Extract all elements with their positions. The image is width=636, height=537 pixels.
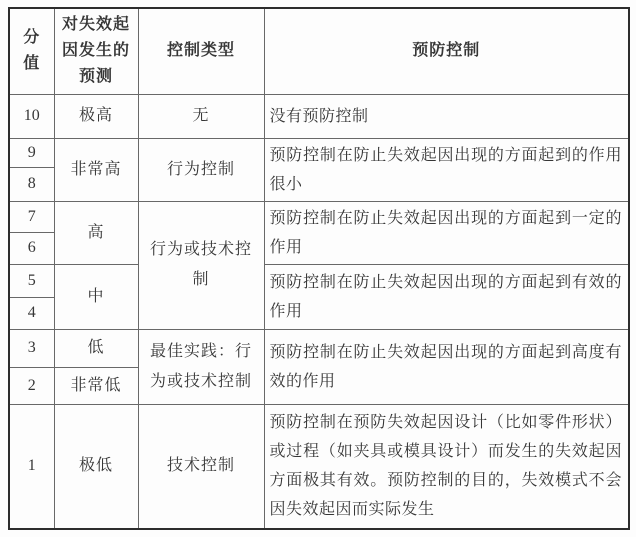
header-control-type: 控制类型 <box>138 8 264 94</box>
score-cell-9: 9 <box>9 138 54 167</box>
document-page: 分值 对失效起因发生的预测 控制类型 预防控制 10 极高 无 没有预防控制 9… <box>0 0 636 537</box>
score-cell-1: 1 <box>9 404 54 529</box>
prediction-cell: 极高 <box>54 94 138 138</box>
prediction-cell: 非常低 <box>54 367 138 404</box>
score-cell-5: 5 <box>9 264 54 297</box>
header-row: 分值 对失效起因发生的预测 控制类型 预防控制 <box>9 8 629 94</box>
score-cell-10: 10 <box>9 94 54 138</box>
score-cell-7: 7 <box>9 201 54 232</box>
prevention-cell: 预防控制在预防失效起因设计（比如零件形状）或过程（如夹具或模具设计）而发生的失效… <box>264 404 629 529</box>
score-cell-8: 8 <box>9 167 54 201</box>
score-cell-3: 3 <box>9 329 54 367</box>
prevention-cell: 预防控制在防止失效起因出现的方面起到高度有效的作用 <box>264 329 629 404</box>
header-score: 分值 <box>9 8 54 94</box>
control-type-cell: 无 <box>138 94 264 138</box>
table-row: 7 高 行为或技术控制 预防控制在防止失效起因出现的方面起到一定的作用 <box>9 201 629 232</box>
control-type-cell: 技术控制 <box>138 404 264 529</box>
prediction-cell: 中 <box>54 264 138 329</box>
prevention-cell: 没有预防控制 <box>264 94 629 138</box>
prediction-cell: 极低 <box>54 404 138 529</box>
table-row: 10 极高 无 没有预防控制 <box>9 94 629 138</box>
score-cell-4: 4 <box>9 297 54 329</box>
header-prediction: 对失效起因发生的预测 <box>54 8 138 94</box>
header-prevention: 预防控制 <box>264 8 629 94</box>
control-type-cell: 行为控制 <box>138 138 264 201</box>
control-type-cell: 最佳实践：行为或技术控制 <box>138 329 264 404</box>
prediction-cell: 非常高 <box>54 138 138 201</box>
table-row: 3 低 最佳实践：行为或技术控制 预防控制在防止失效起因出现的方面起到高度有效的… <box>9 329 629 367</box>
prediction-cell: 高 <box>54 201 138 264</box>
rating-table: 分值 对失效起因发生的预测 控制类型 预防控制 10 极高 无 没有预防控制 9… <box>8 7 630 530</box>
control-type-cell: 行为或技术控制 <box>138 201 264 329</box>
prevention-cell: 预防控制在防止失效起因出现的方面起到一定的作用 <box>264 201 629 264</box>
table-row: 1 极低 技术控制 预防控制在预防失效起因设计（比如零件形状）或过程（如夹具或模… <box>9 404 629 529</box>
score-cell-6: 6 <box>9 232 54 264</box>
table-row: 9 非常高 行为控制 预防控制在防止失效起因出现的方面起到的作用很小 <box>9 138 629 167</box>
score-cell-2: 2 <box>9 367 54 404</box>
prediction-cell: 低 <box>54 329 138 367</box>
prevention-cell: 预防控制在防止失效起因出现的方面起到有效的作用 <box>264 264 629 329</box>
table-row: 5 中 预防控制在防止失效起因出现的方面起到有效的作用 <box>9 264 629 297</box>
prevention-cell: 预防控制在防止失效起因出现的方面起到的作用很小 <box>264 138 629 201</box>
